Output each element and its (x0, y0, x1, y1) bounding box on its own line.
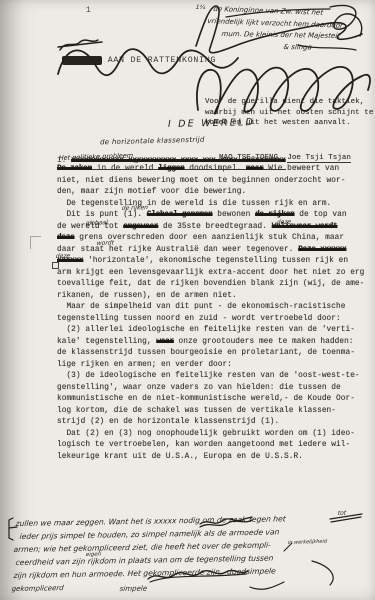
typed-text: bewonen (213, 211, 256, 219)
typed-text: (2) allerlei ideologische en feitelijke … (57, 326, 355, 334)
typed-line: Dat (2) en (3) nog onophoudelijk gebruik… (57, 429, 364, 441)
margin-corner-mark (30, 236, 41, 249)
typed-line: rikanen, de russen), en de armen niet. (57, 291, 364, 303)
typed-text: genstelling', waar onze vaders zo van hi… (57, 384, 341, 392)
handwritten-text: mum. De kleinis der het Majesteit (221, 30, 340, 40)
struck-text: Globaal genomen (147, 211, 213, 219)
typed-body-text: De zaken in de wereld liggen doodsimpel.… (57, 164, 364, 463)
handwritten-text: eigen (86, 551, 102, 558)
typed-line: Dit is punt (1). Globaal genomen bewonen… (57, 210, 364, 222)
typed-text: den, maar zijn motief voor die bewering. (57, 188, 246, 196)
margin-square-mark (52, 262, 59, 269)
struck-text: de rijken (255, 211, 294, 219)
handwritten-text: tot (338, 510, 347, 517)
epigraph-line: Voor de guerilla dient die taktiek, (205, 97, 373, 108)
typed-line: strijd (2) en de horizontale klassenstri… (57, 417, 364, 429)
typed-text: toevallige feit, dat de rijken bovendien… (57, 280, 364, 288)
typed-line: (2) allerlei ideologische en feitelijke … (57, 325, 364, 337)
manuscript-page: 1 xxxxxxx AAN DE RATTENKONING Voor de gu… (0, 0, 375, 600)
typed-line: kommunistische en de niet-kommunistische… (57, 394, 364, 406)
struck-text: liggen (158, 165, 184, 173)
struck-text: De zaken (57, 165, 92, 173)
struck-text: ongeveer (123, 223, 158, 231)
page-number: 1 (86, 6, 91, 15)
typed-text: (3) de ideologische en feitelijke resten… (57, 372, 360, 380)
handwritten-text: in werkelijkheid (288, 539, 328, 546)
typed-line: log kortom, die de schakel was tussen de… (57, 406, 364, 418)
typed-text: arm krijgt een levensgevaarlijk extra-ac… (57, 269, 364, 277)
attribution-source: Joe Tsji Tsjan (287, 154, 351, 163)
typed-text: in de wereld (92, 165, 158, 173)
title-text: AAN DE RATTENKONING (102, 56, 216, 65)
typed-line: den, maar zijn motief voor die bewering. (57, 187, 364, 199)
handwritten-text: 1¼ (195, 4, 205, 11)
struck-text: maar (246, 165, 264, 173)
typed-text: Wie beweert van (264, 165, 340, 173)
typed-text: kale' tegenstelling, (57, 338, 156, 346)
typed-text: De tegenstelling in de wereld is die tus… (57, 200, 331, 208)
scribble-above-title (58, 40, 102, 50)
typed-line: daar staat het rijke Australië dan weer … (57, 245, 364, 257)
typed-line: De zaken in de wereld liggen doodsimpel.… (57, 164, 364, 176)
handwritten-text: zijn rijkdom en hun armoede. Het gekompl… (13, 566, 276, 580)
typed-line: logisch te vertroebelen, kan worden aang… (57, 440, 364, 452)
handwritten-text: & slinga (283, 43, 312, 51)
typed-line: kale' tegenstelling, waar onze grootoude… (57, 337, 364, 349)
typed-text: tegenstelling tussen noord en zuid - wor… (57, 315, 341, 323)
typed-line: De tegenstelling in de wereld is die tus… (57, 199, 364, 211)
typed-text: onze grootouders mee te maken hadden: (174, 338, 354, 346)
chapter-heading: I DE WERELD (168, 117, 255, 130)
struck-text: Deze xxxxxx (298, 246, 346, 254)
typed-line: arm krijgt een levensgevaarlijk extra-ac… (57, 268, 364, 280)
struck-text: xxxxxx (57, 257, 83, 265)
typed-text: niet, niet diens bewering moet om te beg… (57, 177, 345, 185)
scribble-crossout-top-note (196, 5, 362, 52)
typed-text: Dit is punt (1). (57, 211, 147, 219)
typed-text: 'horizontale', ekonomische tegenstelling… (83, 257, 348, 265)
scribble-strike-bottom-line5 (148, 570, 284, 589)
typed-line: genstelling', waar onze vaders zo van hi… (57, 383, 364, 395)
typed-line: deze grens overschreden door een aanzien… (57, 233, 364, 245)
typed-line: de wereld tot ongeveer de 35ste breedteg… (57, 222, 364, 234)
typed-text: grens overschreden door een aanzienlijk … (75, 234, 345, 242)
typed-line: lige rijken en armen; en verder door: (57, 360, 364, 372)
typed-line: Maar de simpelheid van dit punt - de eko… (57, 302, 364, 314)
struck-text: Weliswaar wordt (272, 223, 338, 231)
handwritten-text: zullen we maar zeggen. Want het is xxxxx… (15, 514, 286, 528)
blacked-out-word: xxxxxxx (62, 56, 102, 65)
handwritten-text: simpele (119, 585, 147, 593)
bottom-note-bracket (9, 518, 17, 540)
typed-line: niet, niet diens bewering moet om te beg… (57, 176, 364, 188)
typed-text: log kortom, die de schakel was tussen de… (57, 407, 336, 415)
typed-text: de klassenstrijd tussen bourgeoisie en p… (57, 349, 355, 357)
typed-line: toevallige feit, dat de rijken bovendien… (57, 279, 364, 291)
scribble-flourish-bottom-right (284, 543, 333, 585)
handwritten-text: gekompliceerd (11, 584, 64, 593)
typed-text: de top van (295, 211, 347, 219)
typed-text: doodsimpel. (185, 165, 246, 173)
handwritten-subheading: de horizontale klassenstrijd (100, 136, 205, 147)
typed-text: de wereld tot (57, 223, 123, 231)
typed-line: xxxxxx 'horizontale', ekonomische tegens… (57, 256, 364, 268)
handwritten-text: vriendelijk lijkt verzocht hem daardoor (207, 17, 344, 30)
typed-text: Dat (2) en (3) nog onophoudelijk gebruik… (57, 430, 355, 438)
typed-text: logisch te vertroebelen, kan worden aang… (57, 441, 350, 449)
typed-text: daar staat het rijke Australië dan weer … (57, 246, 298, 254)
typed-text: lige rijken en armen; en verder door: (57, 361, 232, 369)
handwritten-text: ieder prijs simpel te houden, zo simpel … (19, 527, 280, 541)
typed-line: lekeurige krant uit de U.S.A., Europa en… (57, 452, 364, 464)
typed-line: (3) de ideologische en feitelijke resten… (57, 371, 364, 383)
handwritten-text: armen; wie het gekompliceerd ziet, die h… (13, 541, 271, 555)
typed-text: lekeurige krant uit de U.S.A., Europa en… (57, 453, 303, 461)
typed-text: de 35ste breedtegraad. (158, 223, 272, 231)
title-line: xxxxxxx AAN DE RATTENKONING (62, 56, 216, 65)
scribble-strike-bottom-line1 (200, 514, 362, 527)
typed-text: rikanen, de russen), en de armen niet. (57, 292, 237, 300)
struck-text: waar (156, 338, 174, 346)
handwritten-text: ceerdheid van zijn rijkdom in plaats van… (15, 553, 274, 567)
typed-text: strijd (2) en de horizontale klassenstri… (57, 418, 279, 426)
typed-text: kommunistische en de niet-kommunistische… (57, 395, 355, 403)
handwritten-text: de Koninginne van Zw. wist het (213, 5, 324, 17)
typed-text: Maar de simpelheid van dit punt - de eko… (57, 303, 345, 311)
typed-line: tegenstelling tussen noord en zuid - wor… (57, 314, 364, 326)
struck-text: deze (57, 234, 75, 242)
typed-line: de klassenstrijd tussen bourgeoisie en p… (57, 348, 364, 360)
